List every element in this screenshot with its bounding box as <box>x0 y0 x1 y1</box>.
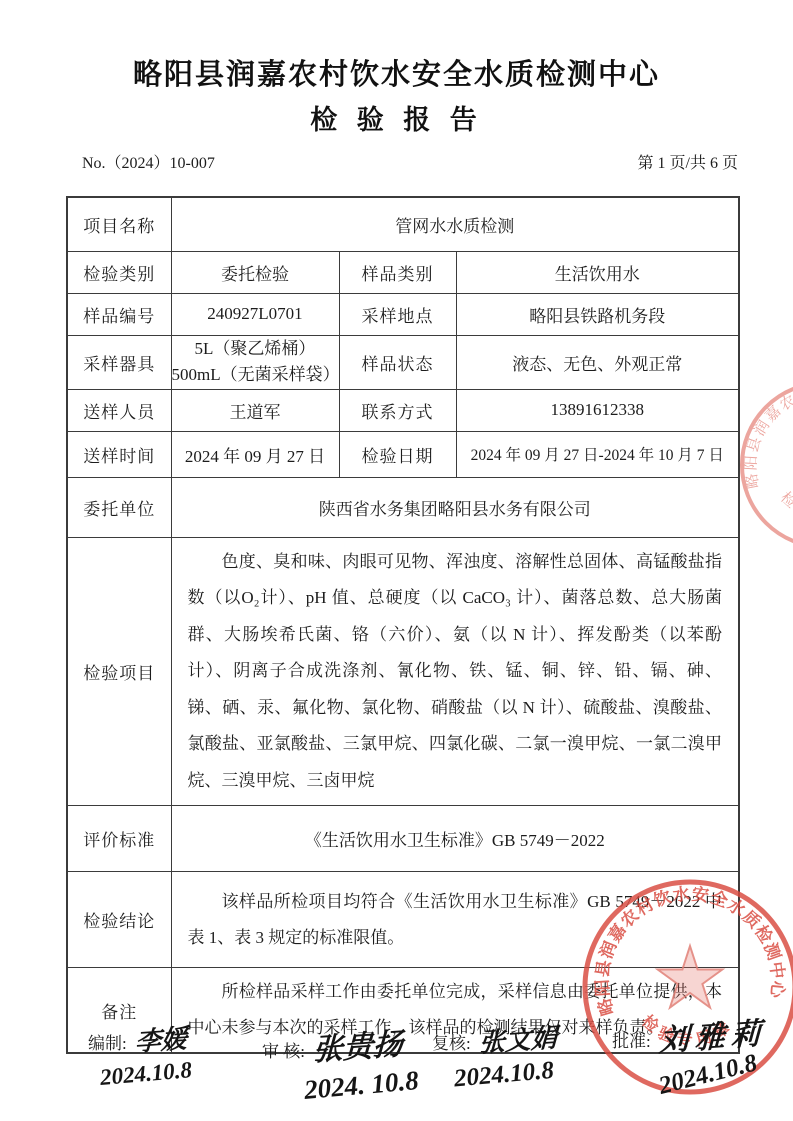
test-items-text: 色度、臭和味、肉眼可见物、浑浊度、溶解性总固体、高锰酸盐指数（以O₂计）、pH … <box>188 544 723 800</box>
test-date-value: 2024 年 09 月 27 日-2024 年 10 月 7 日 <box>456 431 739 477</box>
report-page: 略阳县润嘉农村饮水安全水质检测中心 检 验 报 告 No.（2024）10-00… <box>0 0 793 1121</box>
report-number: No.（2024）10-007 <box>82 150 215 173</box>
sampling-container-value: 5L（聚乙烯桶） 500mL（无菌采样袋） <box>171 335 339 389</box>
table-row: 评价标准 《生活饮用水卫生标准》GB 5749－2022 <box>67 806 739 872</box>
container-line-1: 5L（聚乙烯桶） <box>172 336 339 362</box>
signature-block-compiler: 编制: 李媛 2024.10.8 <box>88 1020 192 1087</box>
table-row: 送样时间 2024 年 09 月 27 日 检验日期 2024 年 09 月 2… <box>67 431 739 477</box>
sample-sender-label: 送样人员 <box>67 389 171 431</box>
svg-text:检验专用章: 检验专用章 <box>777 488 793 523</box>
sample-no-value: 240927L0701 <box>171 293 339 335</box>
edge-seal-bottom-text: 检验专用章 <box>777 488 793 523</box>
sample-sender-value: 王道军 <box>171 389 339 431</box>
contact-label: 联系方式 <box>339 389 456 431</box>
test-date-label: 检验日期 <box>339 431 456 477</box>
edge-seal: 略阳县润嘉农村饮水安全水质检测中心 检验专用章 <box>732 360 793 570</box>
signature-block-reviewer: 审 核: 张贵扬 2024. 10.8 <box>262 1022 419 1101</box>
standard-label: 评价标准 <box>67 806 171 872</box>
send-date-label: 送样时间 <box>67 431 171 477</box>
verifier-date: 2024.10.8 <box>453 1057 558 1094</box>
sample-state-label: 样品状态 <box>339 335 456 389</box>
table-row: 检验类别 委托检验 样品类别 生活饮用水 <box>67 251 739 293</box>
sampling-site-value: 略阳县铁路机务段 <box>456 293 739 335</box>
container-line-2: 500mL（无菌采样袋） <box>172 362 339 388</box>
table-row: 样品编号 240927L0701 采样地点 略阳县铁路机务段 <box>67 293 739 335</box>
compiler-role-label: 编制: <box>88 1034 127 1053</box>
project-name-label: 项目名称 <box>67 197 171 251</box>
table-row: 委托单位 陕西省水务集团略阳县水务有限公司 <box>67 477 739 537</box>
verifier-role-label: 复核: <box>432 1034 471 1053</box>
reviewer-role-label: 审 核: <box>262 1042 305 1061</box>
report-meta-row: No.（2024）10-007 第 1 页/共 6 页 <box>82 150 738 173</box>
sample-state-value: 液态、无色、外观正常 <box>456 335 739 389</box>
client-label: 委托单位 <box>67 477 171 537</box>
conclusion-label: 检验结论 <box>67 872 171 968</box>
report-title: 略阳县润嘉农村饮水安全水质检测中心 <box>0 52 793 93</box>
project-name-value: 管网水水质检测 <box>171 197 739 251</box>
test-items-value: 色度、臭和味、肉眼可见物、浑浊度、溶解性总固体、高锰酸盐指数（以O₂计）、pH … <box>171 537 739 806</box>
sampling-container-label: 采样器具 <box>67 335 171 389</box>
table-row: 采样器具 5L（聚乙烯桶） 500mL（无菌采样袋） 样品状态 液态、无色、外观… <box>67 335 739 389</box>
test-items-label: 检验项目 <box>67 537 171 806</box>
reviewer-signature: 张贵扬 <box>312 1019 403 1069</box>
conclusion-text: 该样品所检项目均符合《生活饮用水卫生标准》GB 5749－2022 中表 1、表… <box>188 884 723 955</box>
compiler-signature: 李媛 <box>134 1018 187 1059</box>
send-date-value: 2024 年 09 月 27 日 <box>171 431 339 477</box>
compiler-date: 2024.10.8 <box>99 1057 193 1091</box>
sample-no-label: 样品编号 <box>67 293 171 335</box>
approver-role-label: 批准: <box>612 1032 651 1051</box>
contact-value: 13891612338 <box>456 389 739 431</box>
info-table: 项目名称 管网水水质检测 检验类别 委托检验 样品类别 生活饮用水 样品编号 2… <box>66 196 740 1054</box>
edge-seal-org-text: 略阳县润嘉农村饮水安全水质检测中心 <box>732 360 793 512</box>
reviewer-date: 2024. 10.8 <box>303 1065 420 1106</box>
conclusion-value: 该样品所检项目均符合《生活饮用水卫生标准》GB 5749－2022 中表 1、表… <box>171 872 739 968</box>
report-subtitle: 检 验 报 告 <box>0 98 793 137</box>
client-value: 陕西省水务集团略阳县水务有限公司 <box>171 477 739 537</box>
standard-value: 《生活饮用水卫生标准》GB 5749－2022 <box>171 806 739 872</box>
table-row: 项目名称 管网水水质检测 <box>67 197 739 251</box>
sample-type-value: 生活饮用水 <box>456 251 739 293</box>
edge-seal-ring <box>742 383 793 547</box>
page-indicator: 第 1 页/共 6 页 <box>638 150 738 173</box>
table-row: 检验项目 色度、臭和味、肉眼可见物、浑浊度、溶解性总固体、高锰酸盐指数（以O₂计… <box>67 537 739 806</box>
verifier-signature: 张文娟 <box>478 1017 557 1060</box>
inspection-type-label: 检验类别 <box>67 251 171 293</box>
table-row: 送样人员 王道军 联系方式 13891612338 <box>67 389 739 431</box>
sampling-site-label: 采样地点 <box>339 293 456 335</box>
signature-block-approver: 批准: 刘雅莉 2024.10.8 <box>612 1012 767 1088</box>
signature-block-verifier: 复核: 张文娟 2024.10.8 <box>432 1020 557 1089</box>
svg-text:略阳县润嘉农村饮水安全水质检测中心: 略阳县润嘉农村饮水安全水质检测中心 <box>732 360 793 512</box>
table-row: 检验结论 该样品所检项目均符合《生活饮用水卫生标准》GB 5749－2022 中… <box>67 872 739 968</box>
sample-type-label: 样品类别 <box>339 251 456 293</box>
inspection-type-value: 委托检验 <box>171 251 339 293</box>
